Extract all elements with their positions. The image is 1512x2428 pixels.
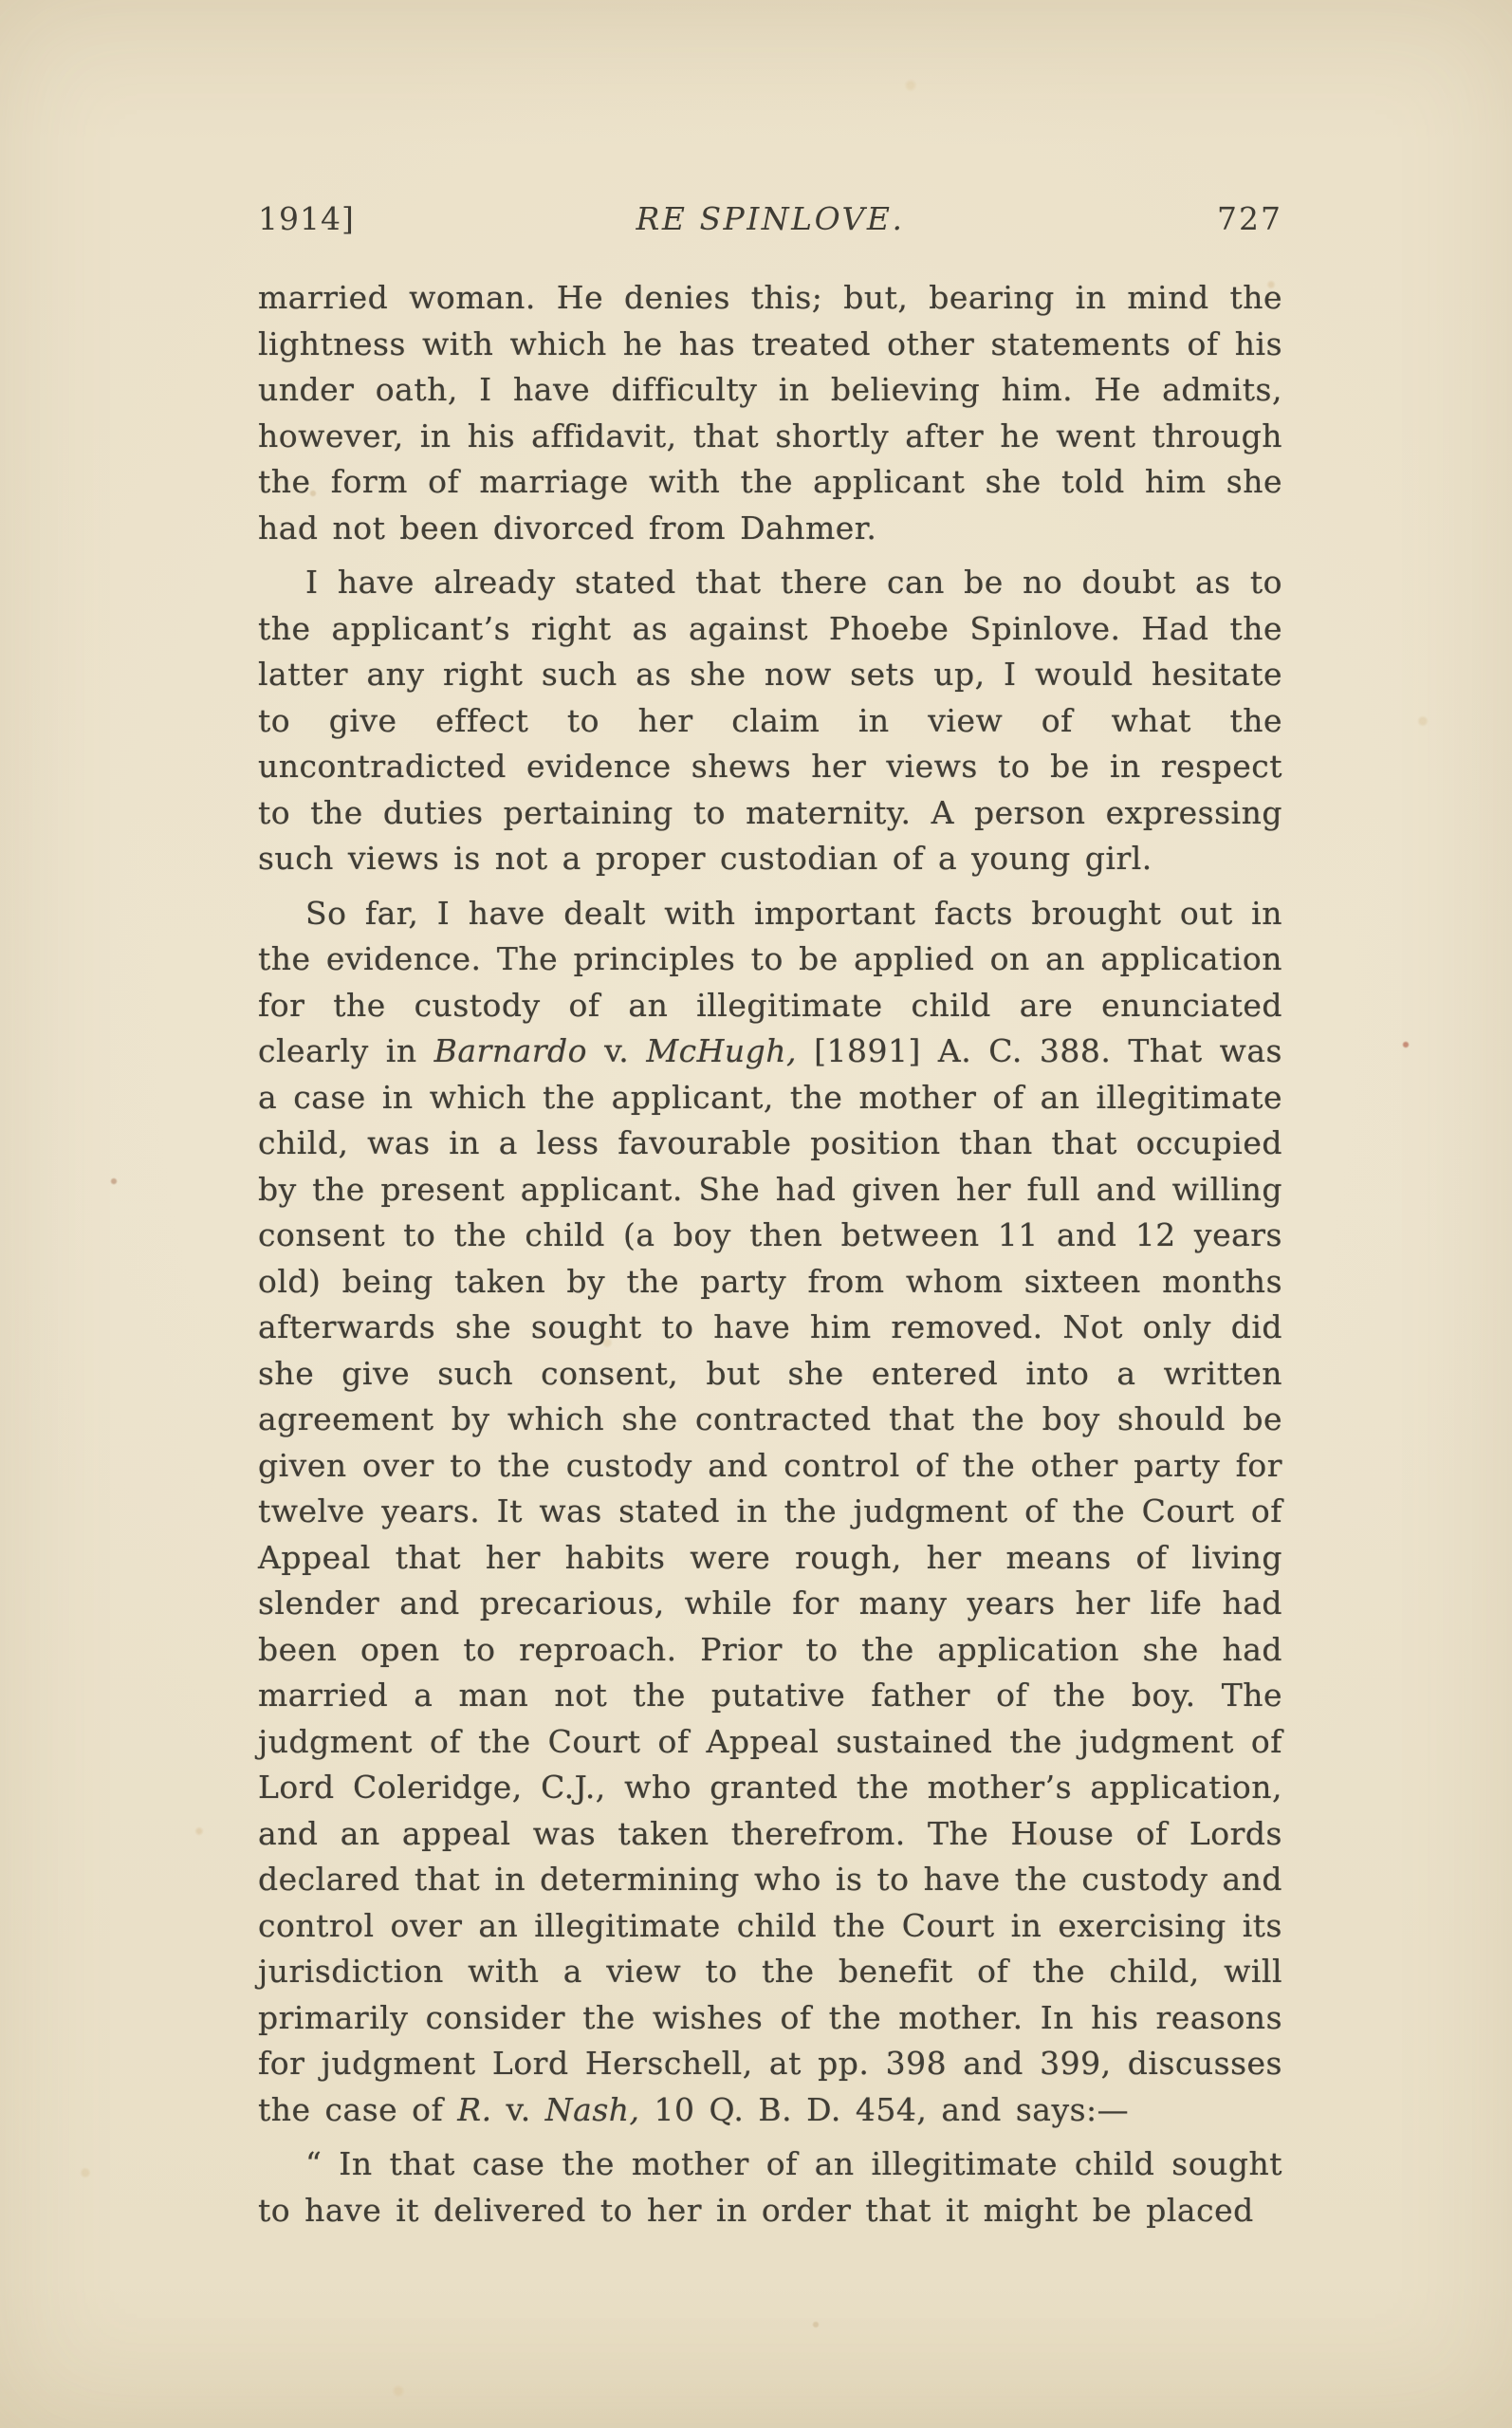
text-run: v. — [587, 1032, 646, 1069]
year-label: 1914] — [258, 201, 476, 237]
case-citation: R. — [457, 2091, 491, 2128]
paragraph: “ In that case the mother of an illegiti… — [258, 2141, 1282, 2233]
page-content: 1914] RE SPINLOVE. 727 married woman. He… — [258, 201, 1282, 2242]
text-run: married woman. He denies this; but, bear… — [258, 279, 1282, 547]
case-citation: McHugh, — [646, 1032, 797, 1069]
paragraph: I have already stated that there can be … — [258, 560, 1282, 882]
case-title: RE SPINLOVE. — [476, 201, 1064, 237]
case-citation: Barnardo — [434, 1032, 587, 1069]
scanned-book-page: 1914] RE SPINLOVE. 727 married woman. He… — [0, 0, 1512, 2428]
paragraph: married woman. He denies this; but, bear… — [258, 275, 1282, 551]
text-run: [1891] A. C. 388. That was a case in whi… — [258, 1032, 1282, 2128]
paragraph: So far, I have dealt with important fact… — [258, 891, 1282, 2134]
case-citation: Nash, — [545, 2091, 640, 2128]
running-head: 1914] RE SPINLOVE. 727 — [258, 201, 1282, 237]
text-run: “ In that case the mother of an illegiti… — [258, 2145, 1282, 2229]
text-run: v. — [492, 2091, 545, 2128]
page-number: 727 — [1064, 201, 1282, 237]
text-run: 10 Q. B. D. 454, and says:— — [640, 2091, 1130, 2128]
page-body: married woman. He denies this; but, bear… — [258, 275, 1282, 2233]
text-run: I have already stated that there can be … — [258, 564, 1282, 877]
